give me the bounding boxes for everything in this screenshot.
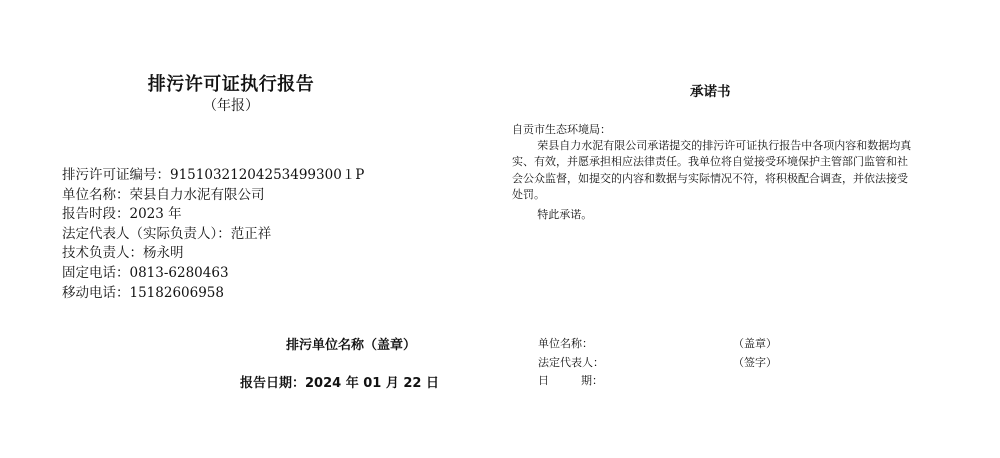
mobile-row: 移动电话：15182606958 <box>62 284 364 304</box>
cover-info-list: 排污许可证编号：91510321204253499300１P 单位名称：荣县自力… <box>62 166 364 303</box>
mobile-value: 15182606958 <box>130 285 224 301</box>
signature-block: 单位名称： （盖章） 法定代表人： （签字） 日期： <box>538 335 798 391</box>
technical-lead-label: 技术负责人： <box>62 245 143 261</box>
signature-date-label-day: 日 <box>538 374 549 387</box>
permit-number-label: 排污许可证编号： <box>62 167 170 183</box>
report-subtitle: （年报） <box>150 95 312 115</box>
technical-lead-value: 杨永明 <box>143 245 184 261</box>
permit-number-value: 91510321204253499300１P <box>170 167 364 183</box>
signature-rep-label: 法定代表人： <box>538 354 604 373</box>
technical-lead-row: 技术负责人：杨永明 <box>62 244 364 264</box>
signature-sign-note: （签字） <box>733 354 777 373</box>
landline-row: 固定电话：0813-6280463 <box>62 264 364 284</box>
signature-seal-note: （盖章） <box>733 335 777 354</box>
legal-representative-label: 法定代表人（实际负责人）： <box>62 226 231 242</box>
unit-name-label: 单位名称： <box>62 187 130 203</box>
pledge-paragraph: 荣县自力水泥有限公司承诺提交的排污许可证执行报告中各项内容和数据均真实、有效，并… <box>512 138 914 203</box>
unit-seal-label: 排污单位名称（盖章） <box>286 334 416 353</box>
unit-name-row: 单位名称：荣县自力水泥有限公司 <box>62 186 364 206</box>
permit-number-row: 排污许可证编号：91510321204253499300１P <box>62 166 364 186</box>
pledge-body: 自贡市生态环境局： 荣县自力水泥有限公司承诺提交的排污许可证执行报告中各项内容和… <box>512 122 914 223</box>
signature-date-label: 日期： <box>538 372 603 391</box>
signature-unit-row: 单位名称： （盖章） <box>538 335 798 354</box>
legal-representative-value: 范正祥 <box>231 226 272 242</box>
legal-representative-row: 法定代表人（实际负责人）：范正祥 <box>62 225 364 245</box>
pledge-title: 承诺书 <box>690 80 731 100</box>
mobile-label: 移动电话： <box>62 285 130 301</box>
report-period-row: 报告时段：2023 年 <box>62 205 364 225</box>
landline-label: 固定电话： <box>62 265 130 281</box>
signature-unit-label: 单位名称： <box>538 335 593 354</box>
signature-rep-row: 法定代表人： （签字） <box>538 354 798 373</box>
pledge-addressee: 自贡市生态环境局： <box>512 122 914 138</box>
signature-date-label-period: 期： <box>581 374 603 387</box>
report-date: 报告日期：2024 年 01 月 22 日 <box>240 372 439 391</box>
report-title: 排污许可证执行报告 <box>120 70 342 96</box>
landline-value: 0813-6280463 <box>130 265 229 281</box>
signature-date-row: 日期： <box>538 372 798 391</box>
report-period-value: 2023 年 <box>130 206 182 222</box>
pledge-closing: 特此承诺。 <box>512 207 914 223</box>
unit-name-value: 荣县自力水泥有限公司 <box>130 187 265 203</box>
report-period-label: 报告时段： <box>62 206 130 222</box>
